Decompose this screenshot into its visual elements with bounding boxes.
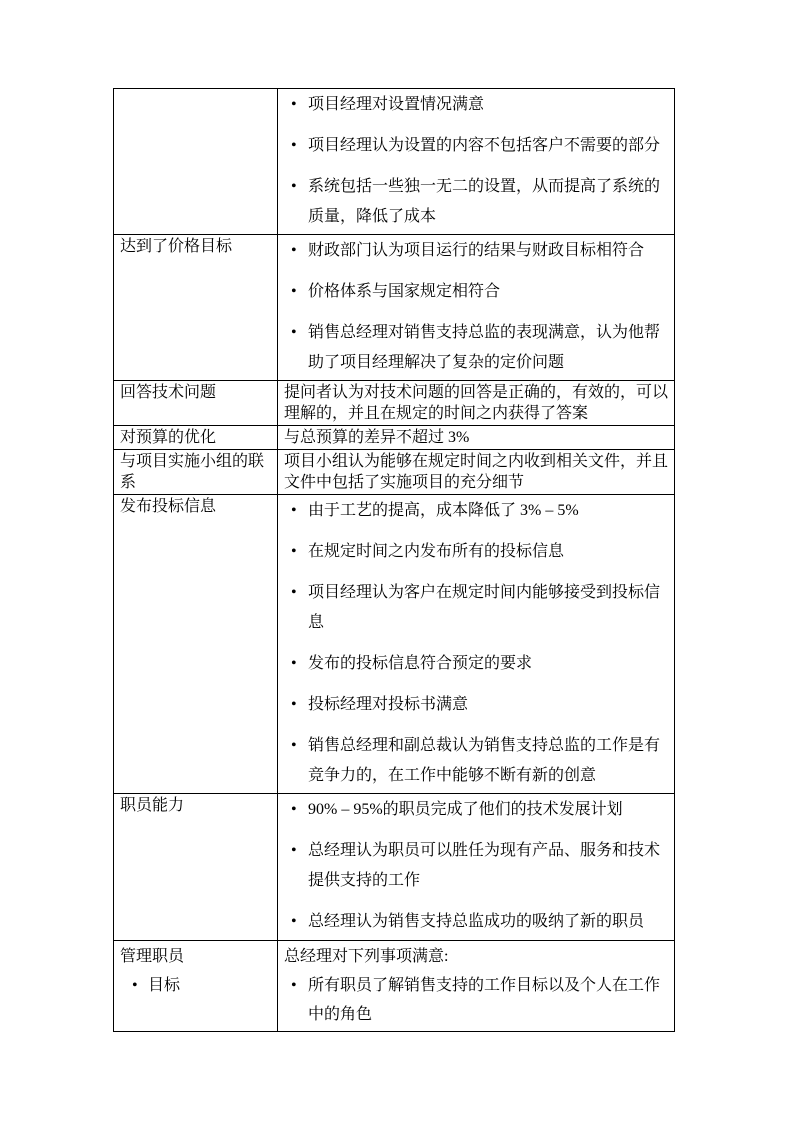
bullet-icon: [291, 90, 297, 120]
list-item: 项目经理认为客户在规定时间内能够接受到投标信息: [278, 578, 674, 638]
list-item: 目标: [120, 971, 275, 1000]
list-item: 所有职员了解销售支持的工作目标以及个人在工作中的角色: [278, 971, 674, 1029]
list-item: 项目经理对设置情况满意: [278, 90, 674, 120]
list-item-text: 90% – 95%的职员完成了他们的技术发展计划: [308, 801, 623, 818]
bullet-icon: [291, 236, 297, 266]
criterion-cell: [114, 89, 278, 235]
criterion-cell: 与项目实施小组的联系: [114, 450, 278, 495]
bullet-icon: [291, 537, 297, 567]
bullet-icon: [291, 836, 297, 866]
evidence-list: 财政部门认为项目运行的结果与财政目标相符合 价格体系与国家规定相符合 销售总经理…: [278, 236, 674, 378]
list-item-text: 价格体系与国家规定相符合: [308, 283, 500, 300]
evidence-cell: 财政部门认为项目运行的结果与财政目标相符合 价格体系与国家规定相符合 销售总经理…: [278, 235, 675, 381]
list-item: 价格体系与国家规定相符合: [278, 277, 674, 307]
list-item: 财政部门认为项目运行的结果与财政目标相符合: [278, 236, 674, 266]
criterion-label: 对预算的优化: [120, 427, 275, 448]
table-row: 发布投标信息 由于工艺的提高，成本降低了 3% – 5% 在规定时间之内发布所有…: [114, 495, 675, 794]
table-row: 管理职员 目标 总经理对下列事项满意: 所有职员了解销售支持的工作目标以及个人在…: [114, 941, 675, 1032]
table-row: 达到了价格目标 财政部门认为项目运行的结果与财政目标相符合 价格体系与国家规定相…: [114, 235, 675, 381]
criterion-label: 发布投标信息: [120, 496, 275, 517]
list-item-text: 项目经理对设置情况满意: [308, 96, 484, 113]
bullet-icon: [291, 649, 297, 679]
criterion-label: 回答技术问题: [120, 382, 275, 403]
evidence-list: 所有职员了解销售支持的工作目标以及个人在工作中的角色: [284, 971, 674, 1029]
evidence-text: 提问者认为对技术问题的回答是正确的，有效的，可以理解的，并且在规定的时间之内获得…: [284, 384, 668, 422]
bullet-icon: [291, 795, 297, 825]
evidence-text: 与总预算的差异不超过 3%: [284, 429, 469, 446]
evidence-cell: 项目经理对设置情况满意 项目经理认为设置的内容不包括客户不需要的部分 系统包括一…: [278, 89, 675, 235]
criterion-cell: 职员能力: [114, 794, 278, 941]
table-row: 回答技术问题 提问者认为对技术问题的回答是正确的，有效的，可以理解的，并且在规定…: [114, 381, 675, 426]
evidence-cell: 项目小组认为能够在规定时间之内收到相关文件，并且文件中包括了实施项目的充分细节: [278, 450, 675, 495]
list-item-text: 所有职员了解销售支持的工作目标以及个人在工作中的角色: [308, 977, 660, 1023]
bullet-icon: [291, 907, 297, 937]
bullet-icon: [291, 496, 297, 526]
evidence-text: 项目小组认为能够在规定时间之内收到相关文件，并且文件中包括了实施项目的充分细节: [284, 453, 668, 491]
list-item-text: 项目经理认为设置的内容不包括客户不需要的部分: [308, 137, 660, 154]
evidence-list: 项目经理对设置情况满意 项目经理认为设置的内容不包括客户不需要的部分 系统包括一…: [278, 90, 674, 232]
list-item-text: 销售总经理和副总裁认为销售支持总监的工作是有竞争力的，在工作中能够不断有新的创意: [308, 737, 660, 784]
criterion-label: 职员能力: [120, 795, 275, 816]
list-item: 在规定时间之内发布所有的投标信息: [278, 537, 674, 567]
bullet-icon: [291, 318, 297, 348]
bullet-icon: [132, 971, 138, 1000]
list-item: 项目经理认为设置的内容不包括客户不需要的部分: [278, 131, 674, 161]
list-item: 发布的投标信息符合预定的要求: [278, 649, 674, 679]
list-item: 销售总经理对销售支持总监的表现满意，认为他帮助了项目经理解决了复杂的定价问题: [278, 318, 674, 378]
bullet-icon: [291, 731, 297, 761]
evidence-cell: 由于工艺的提高，成本降低了 3% – 5% 在规定时间之内发布所有的投标信息 项…: [278, 495, 675, 794]
criterion-cell: 对预算的优化: [114, 426, 278, 450]
list-item: 总经理认为职员可以胜任为现有产品、服务和技术提供支持的工作: [278, 836, 674, 896]
table-row: 职员能力 90% – 95%的职员完成了他们的技术发展计划 总经理认为职员可以胜…: [114, 794, 675, 941]
bullet-icon: [291, 690, 297, 720]
table-row: 项目经理对设置情况满意 项目经理认为设置的内容不包括客户不需要的部分 系统包括一…: [114, 89, 675, 235]
list-item-text: 由于工艺的提高，成本降低了 3% – 5%: [308, 502, 579, 519]
criterion-cell: 回答技术问题: [114, 381, 278, 426]
table-row: 与项目实施小组的联系 项目小组认为能够在规定时间之内收到相关文件，并且文件中包括…: [114, 450, 675, 495]
evidence-list: 90% – 95%的职员完成了他们的技术发展计划 总经理认为职员可以胜任为现有产…: [278, 795, 674, 937]
list-item-text: 发布的投标信息符合预定的要求: [308, 655, 532, 672]
list-item-text: 项目经理认为客户在规定时间内能够接受到投标信息: [308, 584, 660, 631]
list-item-text: 系统包括一些独一无二的设置，从而提高了系统的质量，降低了成本: [308, 178, 660, 225]
list-item: 由于工艺的提高，成本降低了 3% – 5%: [278, 496, 674, 526]
criterion-label: 管理职员: [120, 942, 275, 971]
criterion-sublist: 目标: [120, 971, 275, 1000]
list-item-text: 财政部门认为项目运行的结果与财政目标相符合: [308, 242, 644, 259]
evidence-cell: 提问者认为对技术问题的回答是正确的，有效的，可以理解的，并且在规定的时间之内获得…: [278, 381, 675, 426]
bullet-icon: [291, 971, 297, 1000]
list-item-text: 总经理认为职员可以胜任为现有产品、服务和技术提供支持的工作: [308, 842, 660, 889]
bullet-icon: [291, 578, 297, 608]
evaluation-criteria-table: 项目经理对设置情况满意 项目经理认为设置的内容不包括客户不需要的部分 系统包括一…: [113, 88, 675, 1032]
list-item: 90% – 95%的职员完成了他们的技术发展计划: [278, 795, 674, 825]
evidence-list: 由于工艺的提高，成本降低了 3% – 5% 在规定时间之内发布所有的投标信息 项…: [278, 496, 674, 791]
bullet-icon: [291, 172, 297, 202]
criterion-label: 达到了价格目标: [120, 236, 275, 257]
list-item: 系统包括一些独一无二的设置，从而提高了系统的质量，降低了成本: [278, 172, 674, 232]
evidence-cell: 90% – 95%的职员完成了他们的技术发展计划 总经理认为职员可以胜任为现有产…: [278, 794, 675, 941]
list-item: 销售总经理和副总裁认为销售支持总监的工作是有竞争力的，在工作中能够不断有新的创意: [278, 731, 674, 791]
criterion-cell: 达到了价格目标: [114, 235, 278, 381]
bullet-icon: [291, 131, 297, 161]
criterion-label: 与项目实施小组的联系: [120, 451, 275, 493]
evidence-cell: 与总预算的差异不超过 3%: [278, 426, 675, 450]
criterion-cell: 发布投标信息: [114, 495, 278, 794]
evidence-intro-text: 总经理对下列事项满意:: [284, 942, 674, 971]
criterion-cell: 管理职员 目标: [114, 941, 278, 1032]
evidence-cell: 总经理对下列事项满意: 所有职员了解销售支持的工作目标以及个人在工作中的角色: [278, 941, 675, 1032]
list-item: 总经理认为销售支持总监成功的吸纳了新的职员: [278, 907, 674, 937]
list-item-text: 总经理认为销售支持总监成功的吸纳了新的职员: [308, 913, 644, 930]
list-item: 投标经理对投标书满意: [278, 690, 674, 720]
list-item-text: 销售总经理对销售支持总监的表现满意，认为他帮助了项目经理解决了复杂的定价问题: [308, 324, 660, 371]
bullet-icon: [291, 277, 297, 307]
list-item-text: 投标经理对投标书满意: [308, 696, 468, 713]
table-row: 对预算的优化 与总预算的差异不超过 3%: [114, 426, 675, 450]
list-item-text: 在规定时间之内发布所有的投标信息: [308, 543, 564, 560]
list-item-text: 目标: [148, 977, 180, 994]
document-page: 项目经理对设置情况满意 项目经理认为设置的内容不包括客户不需要的部分 系统包括一…: [0, 0, 793, 1122]
